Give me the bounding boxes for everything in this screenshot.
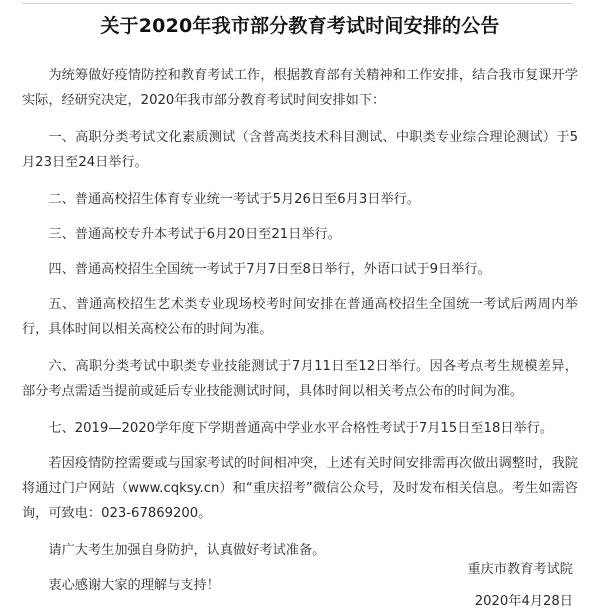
list-item: 二、普通高校招生体育专业统一考试于5月26日至6月3日举行。 bbox=[22, 187, 578, 212]
list-item: 一、高职分类考试文化素质测试（含普高类技术科目测试、中职类专业综合理论测试）于5… bbox=[22, 125, 578, 175]
notice-paragraph: 若因疫情防控需要或与国家考试的时间相冲突，上述有关时间安排需再次做出调整时，我院… bbox=[22, 451, 578, 526]
intro-paragraph: 为统筹做好疫情防控和教育考试工作，根据教育部有关精神和工作安排，结合我市复课开学… bbox=[22, 63, 578, 113]
list-item: 六、高职分类考试中职类专业技能测试于7月11日至12日举行。因各考点考生规模差异… bbox=[22, 354, 578, 404]
signature-organization: 重庆市教育考试院 bbox=[468, 560, 574, 580]
top-divider bbox=[22, 3, 573, 4]
announcement-body: 为统筹做好疫情防控和教育考试工作，根据教育部有关精神和工作安排，结合我市复课开学… bbox=[22, 63, 578, 608]
signature-date: 2020年4月28日 bbox=[475, 592, 573, 612]
list-item: 五、普通高校招生艺术类专业现场校考时间安排在普通高校招生全国统一考试后两周内举行… bbox=[22, 292, 578, 342]
page-title: 关于2020年我市部分教育考试时间安排的公告 bbox=[0, 11, 600, 38]
list-item: 四、普通高校招生全国统一考试于7月7日至8日举行，外语口试于9日举行。 bbox=[22, 257, 578, 282]
list-item: 七、2019—2020学年度下学期普通高中学业水平合格性考试于7月15日至18日… bbox=[22, 416, 578, 441]
list-item: 三、普通高校专升本考试于6月20日至21日举行。 bbox=[22, 222, 578, 247]
